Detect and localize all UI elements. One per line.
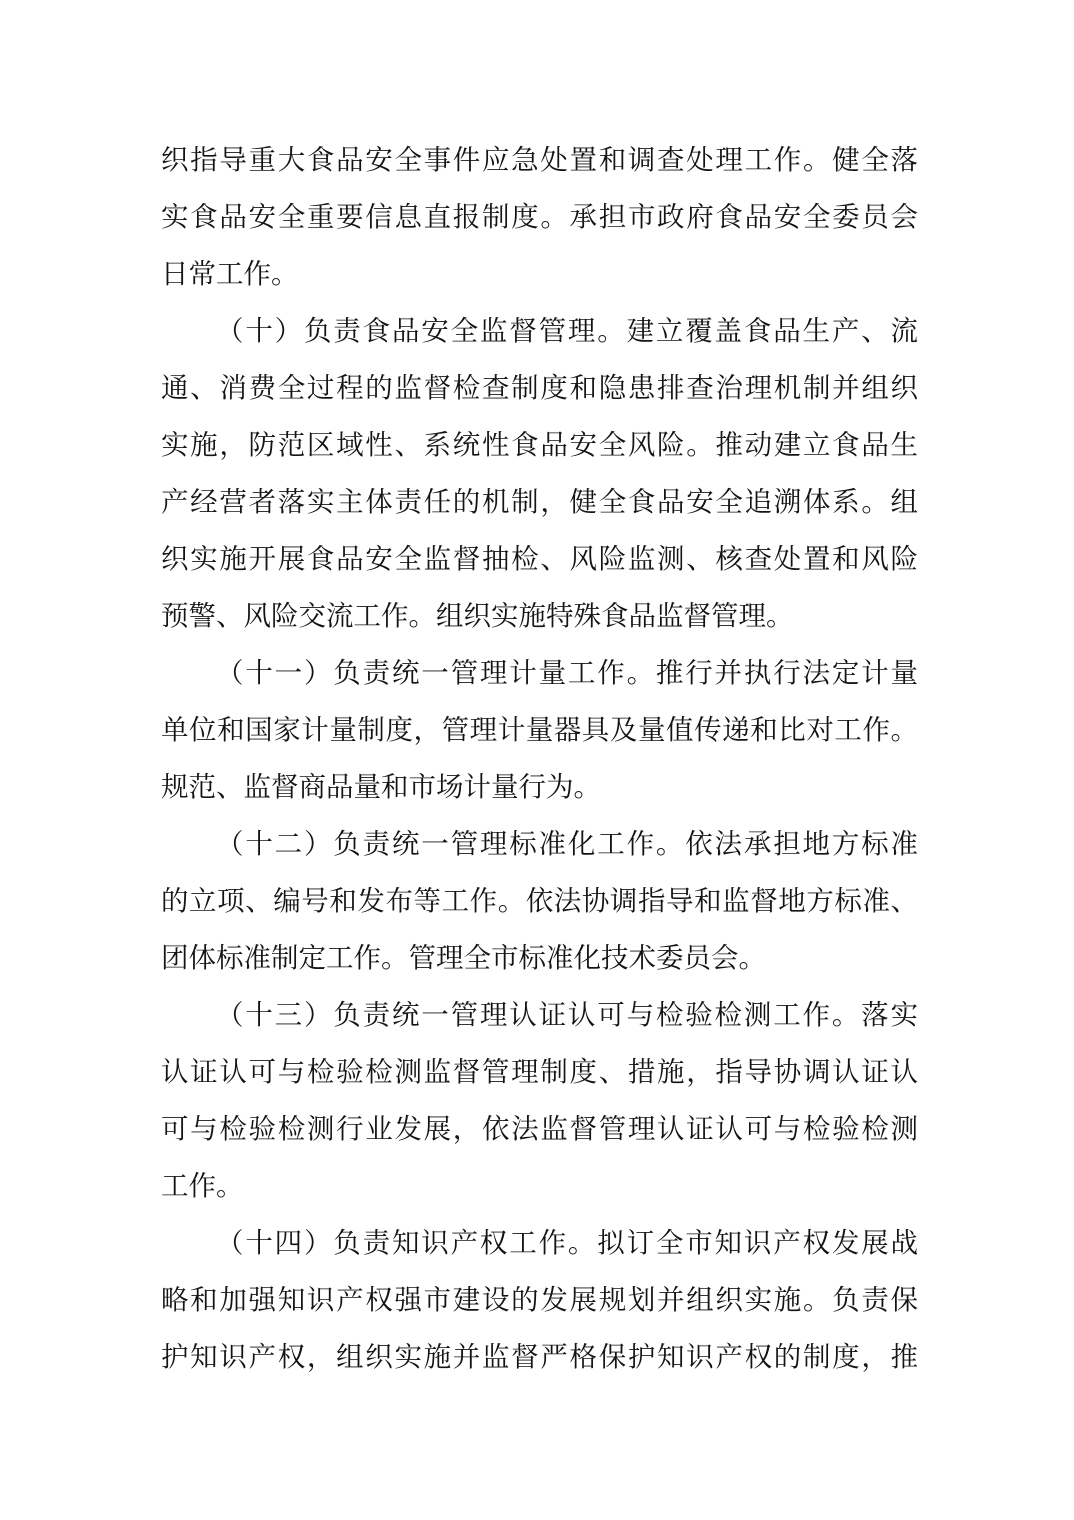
para-continued-clause-9: 织指导重大食品安全事件应急处置和调查处理工作。健全落实食品安全重要信息直报制度。… — [161, 131, 918, 302]
text-line: 日常工作。 — [161, 245, 918, 302]
text-line: 认证认可与检验检测监督管理制度、措施，指导协调认证认 — [161, 1043, 918, 1100]
text-line: 产经营者落实主体责任的机制，健全食品安全追溯体系。组 — [161, 473, 918, 530]
para-clause-12: （十二）负责统一管理标准化工作。依法承担地方标准的立项、编号和发布等工作。依法协… — [161, 815, 918, 986]
para-clause-14: （十四）负责知识产权工作。拟订全市知识产权发展战略和加强知识产权强市建设的发展规… — [161, 1214, 918, 1385]
text-line: 通、消费全过程的监督检查制度和隐患排查治理机制并组织 — [161, 359, 918, 416]
text-line: 织指导重大食品安全事件应急处置和调查处理工作。健全落 — [161, 131, 918, 188]
text-line: 规范、监督商品量和市场计量行为。 — [161, 758, 918, 815]
document-page: 织指导重大食品安全事件应急处置和调查处理工作。健全落实食品安全重要信息直报制度。… — [0, 0, 1074, 1520]
text-line: 护知识产权，组织实施并监督严格保护知识产权的制度，推 — [161, 1328, 918, 1385]
document-body: 织指导重大食品安全事件应急处置和调查处理工作。健全落实食品安全重要信息直报制度。… — [161, 131, 918, 1385]
text-line: （十一）负责统一管理计量工作。推行并执行法定计量 — [161, 644, 918, 701]
text-line: 单位和国家计量制度，管理计量器具及量值传递和比对工作。 — [161, 701, 918, 758]
para-clause-10: （十）负责食品安全监督管理。建立覆盖食品生产、流通、消费全过程的监督检查制度和隐… — [161, 302, 918, 644]
para-clause-13: （十三）负责统一管理认证认可与检验检测工作。落实认证认可与检验检测监督管理制度、… — [161, 986, 918, 1214]
text-line: （十四）负责知识产权工作。拟订全市知识产权发展战 — [161, 1214, 918, 1271]
text-line: 略和加强知识产权强市建设的发展规划并组织实施。负责保 — [161, 1271, 918, 1328]
text-line: 实施，防范区域性、系统性食品安全风险。推动建立食品生 — [161, 416, 918, 473]
text-line: 工作。 — [161, 1157, 918, 1214]
text-line: （十三）负责统一管理认证认可与检验检测工作。落实 — [161, 986, 918, 1043]
text-line: 团体标准制定工作。管理全市标准化技术委员会。 — [161, 929, 918, 986]
para-clause-11: （十一）负责统一管理计量工作。推行并执行法定计量单位和国家计量制度，管理计量器具… — [161, 644, 918, 815]
text-line: 可与检验检测行业发展，依法监督管理认证认可与检验检测 — [161, 1100, 918, 1157]
text-line: （十）负责食品安全监督管理。建立覆盖食品生产、流 — [161, 302, 918, 359]
text-line: 织实施开展食品安全监督抽检、风险监测、核查处置和风险 — [161, 530, 918, 587]
text-line: 预警、风险交流工作。组织实施特殊食品监督管理。 — [161, 587, 918, 644]
text-line: （十二）负责统一管理标准化工作。依法承担地方标准 — [161, 815, 918, 872]
text-line: 的立项、编号和发布等工作。依法协调指导和监督地方标准、 — [161, 872, 918, 929]
text-line: 实食品安全重要信息直报制度。承担市政府食品安全委员会 — [161, 188, 918, 245]
